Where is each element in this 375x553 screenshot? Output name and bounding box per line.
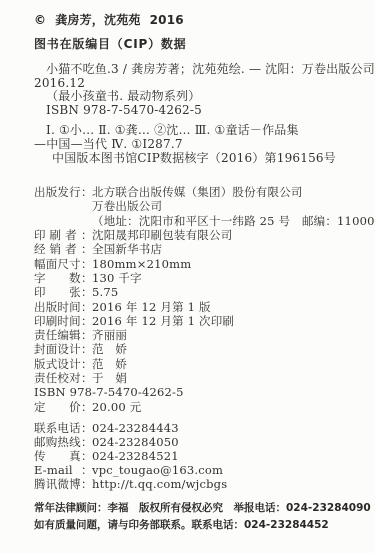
info-value: 沈阳晟邦印刷包装有限公司 (92, 228, 232, 242)
info-colon: ： (81, 421, 92, 435)
info-row-price: 定 价：20.00 元 (34, 400, 357, 414)
info-value: 130 千字 (92, 271, 142, 285)
info-value: 2016 年 12 月第 1 版 (92, 300, 211, 314)
info-colon: ： (81, 449, 92, 463)
info-value: 20.00 元 (92, 400, 141, 414)
info-colon: ： (81, 400, 92, 414)
info-row-publisher-2: ：万卷出版公司 (34, 199, 357, 213)
info-row-mail-order: 邮购热线：024-23284050 (34, 435, 357, 449)
info-colon: ： (81, 328, 92, 342)
info-label: 邮购热线 (34, 435, 81, 449)
info-value: 024-23284521 (92, 449, 179, 463)
contact-info: 联系电话：024-23284443邮购热线：024-23284050传 真：02… (34, 421, 357, 491)
cip-entry-line-1: 小猫不吃鱼.3 / 龚房芳著；沈苑苑绘. — 沈阳：万卷出版公司， (34, 63, 357, 77)
info-value: 万卷出版公司 (92, 199, 162, 213)
info-row-weibo: 腾讯微博：http://t.qq.com/wjcbgs (34, 477, 357, 491)
info-row-email: E-mail：vpc_tougao@163.com (34, 463, 357, 477)
cip-record-line: 中国版本图书馆CIP数据核字（2016）第196156号 (34, 152, 357, 166)
footer-notice: 常年法律顾问：李福 版权所有侵权必究 举报电话：024-23284090 如有质… (34, 500, 357, 535)
info-value: 北方联合出版传媒（集团）股份有限公司 (92, 185, 303, 199)
info-colon: ： (81, 300, 92, 314)
info-label: 出版发行 (34, 185, 81, 199)
info-value: 2016 年 12 月第 1 次印刷 (92, 314, 234, 328)
info-value: 024-23284050 (92, 435, 179, 449)
info-row-fax: 传 真：024-23284521 (34, 449, 357, 463)
info-colon: ： (81, 371, 92, 385)
info-colon: ： (81, 435, 92, 449)
copyright-line: ©龚房芳，沈苑苑2016 (34, 14, 357, 27)
info-colon: ： (81, 257, 92, 271)
info-row-edition: 出版时间：2016 年 12 月第 1 版 (34, 300, 357, 314)
cip-data-block: 小猫不吃鱼.3 / 龚房芳著；沈苑苑绘. — 沈阳：万卷出版公司， 2016.1… (34, 63, 357, 165)
info-row-distributor: 经 销 者：全国新华书店 (34, 242, 357, 256)
info-label: 封面设计 (34, 342, 81, 356)
info-row-layout-design: 版式设计：范 娇 (34, 357, 357, 371)
copyright-year: 2016 (150, 13, 184, 27)
info-value: ISBN 978-7-5470-4262-5 (34, 385, 184, 399)
info-label: 经 销 者 (34, 242, 81, 256)
info-label: 幅面尺寸 (34, 257, 81, 271)
info-value: 于 娟 (92, 371, 127, 385)
info-label: E-mail (34, 463, 81, 477)
info-row-isbn: ISBN 978-7-5470-4262-5 (34, 385, 357, 399)
info-label: 责任编辑 (34, 328, 81, 342)
info-value: vpc_tougao@163.com (92, 463, 223, 477)
info-row-impression: 印刷时间：2016 年 12 月第 1 次印刷 (34, 314, 357, 328)
info-value: 齐丽丽 (92, 328, 127, 342)
cip-isbn-line: ISBN 978-7-5470-4262-5 (34, 104, 357, 118)
info-label: 印 刷 者 (34, 228, 81, 242)
publication-info: 出版发行：北方联合出版传媒（集团）股份有限公司：万卷出版公司：（地址：沈阳市和平… (34, 185, 357, 414)
copyright-authors: 龚房芳，沈苑苑 (55, 13, 140, 27)
book-copyright-page: ©龚房芳，沈苑苑2016 图书在版编目（CIP）数据 小猫不吃鱼.3 / 龚房芳… (0, 0, 375, 553)
info-label: 字 数 (34, 271, 81, 285)
info-value: 范 娇 (92, 357, 127, 371)
info-label: 责任校对 (34, 371, 81, 385)
info-label: 联系电话 (34, 421, 81, 435)
info-label: 定 价 (34, 400, 81, 414)
info-row-printer: 印 刷 者：沈阳晟邦印刷包装有限公司 (34, 228, 357, 242)
info-colon: ： (81, 463, 92, 477)
info-colon: ： (81, 271, 92, 285)
info-label: 印刷时间 (34, 314, 81, 328)
info-row-executive-editor: 责任编辑：齐丽丽 (34, 328, 357, 342)
info-row-publisher: 出版发行：北方联合出版传媒（集团）股份有限公司 (34, 185, 357, 199)
cip-series-line: （最小孩童书. 最动物系列） (34, 90, 357, 104)
info-row-phone: 联系电话：024-23284443 (34, 421, 357, 435)
info-colon: ： (81, 314, 92, 328)
cip-class-line-2: —中国—当代 Ⅳ. ①I287.7 (34, 138, 357, 152)
quality-notice-line: 如有质量问题，请与印务部联系。联系电话：024-23284452 (34, 517, 357, 535)
info-value: 范 娇 (92, 342, 127, 356)
info-value: 024-23284443 (92, 421, 179, 435)
info-value: 180mm×210mm (92, 257, 191, 271)
info-label: 腾讯微博 (34, 477, 81, 491)
info-colon: ： (81, 242, 92, 256)
info-row-word-count: 字 数：130 千字 (34, 271, 357, 285)
copyright-icon: © (34, 13, 46, 27)
cip-heading: 图书在版编目（CIP）数据 (34, 38, 357, 51)
legal-notice-line: 常年法律顾问：李福 版权所有侵权必究 举报电话：024-23284090 (34, 500, 357, 518)
info-row-format: 幅面尺寸：180mm×210mm (34, 257, 357, 271)
info-row-proofreader: 责任校对：于 娟 (34, 371, 357, 385)
info-value: http://t.qq.com/wjcbgs (92, 477, 227, 491)
info-colon: ： (81, 228, 92, 242)
info-label: 出版时间 (34, 300, 81, 314)
info-label: 传 真 (34, 449, 81, 463)
info-colon: ： (81, 477, 92, 491)
info-label: 版式设计 (34, 357, 81, 371)
cip-class-line-1: Ⅰ. ①小… Ⅱ. ①龚… ②沈… Ⅲ. ①童话－作品集 (34, 124, 357, 138)
info-row-printed-sheets: 印 张：5.75 (34, 285, 357, 299)
info-colon: ： (81, 357, 92, 371)
info-label: 印 张 (34, 285, 81, 299)
info-row-address: ：（地址：沈阳市和平区十一纬路 25 号 邮编：110003） (34, 214, 357, 228)
info-value: 全国新华书店 (92, 242, 162, 256)
info-colon: ： (81, 285, 92, 299)
info-colon: ： (81, 185, 92, 199)
info-value: 5.75 (92, 285, 118, 299)
info-row-cover-design: 封面设计：范 娇 (34, 342, 357, 356)
info-value: （地址：沈阳市和平区十一纬路 25 号 邮编：110003） (92, 214, 375, 228)
info-colon: ： (81, 342, 92, 356)
